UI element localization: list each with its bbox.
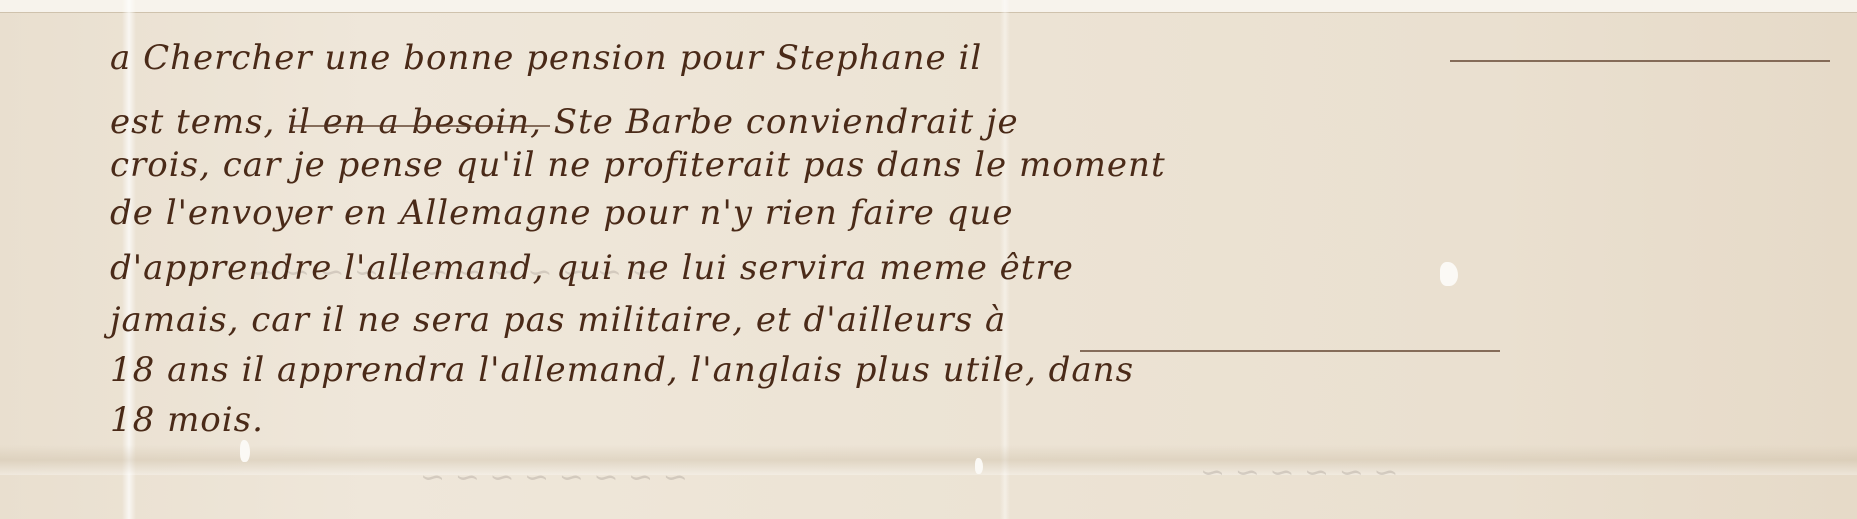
handwritten-line: 18 mois. [110,400,264,440]
paper-tear [1440,262,1458,286]
letter-page: ~ ~ ~ ~ ~ ~ ~ ~ ~ ~ ~ ~ ~ ~ ~ ~ ~ ~ ~ ~ … [0,0,1857,519]
bleed-through-ink: ~ ~ ~ ~ ~ ~ ~ ~ [420,460,688,495]
paper-tear [240,440,250,462]
handwritten-line: d'apprendre l'allemand, qui ne lui servi… [110,248,1074,288]
handwritten-line: de l'envoyer en Allemagne pour n'y rien … [110,193,1013,233]
handwritten-line: est tems, il en a besoin, Ste Barbe conv… [110,102,1019,142]
handwritten-line: jamais, car il ne sera pas militaire, et… [110,300,1006,340]
handwritten-line: a Chercher une bonne pension pour Stepha… [110,38,982,78]
ink-underline [290,125,550,127]
handwritten-line: 18 ans il apprendra l'allemand, l'anglai… [110,350,1134,390]
ink-underline [1080,350,1500,352]
handwritten-line: crois, car je pense qu'il ne profiterait… [110,145,1166,185]
paper-top-edge [0,0,1857,13]
bleed-through-ink: ~ ~ ~ ~ ~ ~ [1200,455,1399,490]
ink-underline [1450,60,1830,62]
paper-fold-horizontal [0,445,1857,475]
paper-tear [975,458,983,474]
